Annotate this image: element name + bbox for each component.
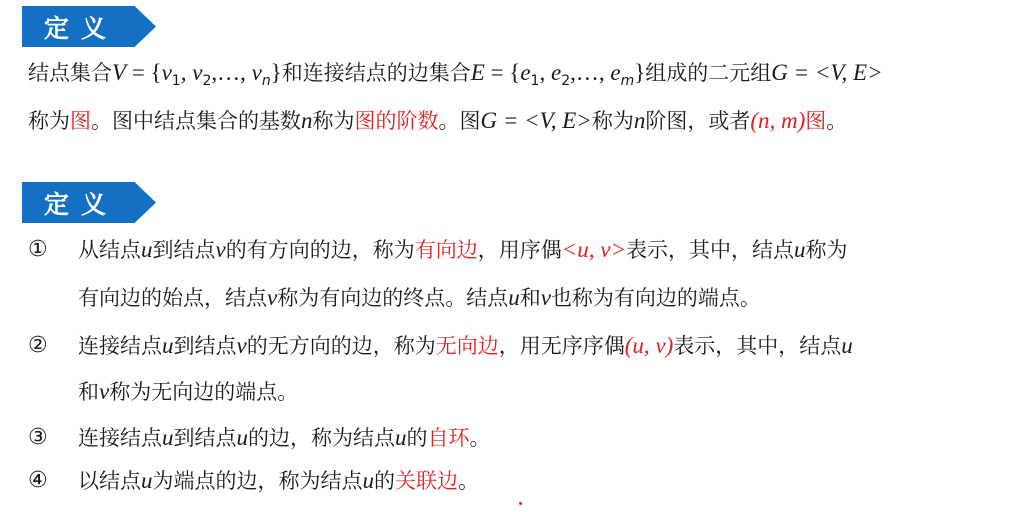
banner-label: 定义 xyxy=(44,9,118,45)
graph-definition-line-2: 称为图。图中结点集合的基数n称为图的阶数。图G = <V, E>称为n阶图，或者… xyxy=(28,106,847,136)
sub: m xyxy=(621,73,635,89)
pointer-dot-icon xyxy=(519,502,522,505)
math-e: e xyxy=(551,60,561,85)
text: 。图 xyxy=(439,109,481,133)
text: 和连接结点的边集合 xyxy=(282,61,471,85)
highlight-term: 自环 xyxy=(428,426,470,450)
text: 到结点 xyxy=(174,334,237,358)
item-3-line-1: 连接结点u到结点u的边，称为结点u的自环。 xyxy=(78,423,491,453)
math: } xyxy=(271,60,282,85)
math-v: v xyxy=(216,237,226,262)
highlight-math: <u, v> xyxy=(562,237,626,262)
sub: 2 xyxy=(561,73,570,89)
text: 表示，其中，结点 xyxy=(673,334,841,358)
math: = { xyxy=(126,60,162,85)
text: 到结点 xyxy=(153,238,216,262)
text: 阶图，或者 xyxy=(645,109,750,133)
math-n: n xyxy=(301,108,313,133)
text: 的 xyxy=(374,469,395,493)
highlight-term: 关联边 xyxy=(395,469,458,493)
text: ，用无序序偶 xyxy=(499,334,625,358)
highlight-math: (u, v) xyxy=(625,333,674,358)
text: 。 xyxy=(826,109,847,133)
item-marker-1: ① xyxy=(28,235,48,265)
item-marker-3: ③ xyxy=(28,423,48,453)
math-V: V xyxy=(112,60,126,85)
math: , xyxy=(181,60,193,85)
text: 的边，称为结点 xyxy=(248,426,395,450)
math-G: G xyxy=(481,108,498,133)
text: 称为 xyxy=(313,109,355,133)
math-u: u xyxy=(162,333,174,358)
highlight-term: 图 xyxy=(805,109,826,133)
definition-banner-1: 定义 xyxy=(22,6,156,47)
text: ，用序偶 xyxy=(478,238,562,262)
text: 和 xyxy=(520,286,541,310)
math-v: v xyxy=(99,379,109,404)
text: 以结点 xyxy=(78,469,141,493)
text: 从结点 xyxy=(78,238,141,262)
text: 称为无向边的端点。 xyxy=(109,380,298,404)
math: ,…, xyxy=(570,60,610,85)
math-e: e xyxy=(520,60,530,85)
math-u: u xyxy=(162,425,174,450)
math-v: v xyxy=(192,60,202,85)
item-marker-2: ② xyxy=(28,331,48,361)
text: 表示，其中，结点 xyxy=(626,238,794,262)
item-1-line-2: 有向边的始点，结点v称为有向边的终点。结点u和v也称为有向边的端点。 xyxy=(78,283,761,313)
math-u: u xyxy=(237,425,249,450)
text: 。 xyxy=(470,426,491,450)
sub: 1 xyxy=(172,73,181,89)
math-v: v xyxy=(541,285,551,310)
text: 和 xyxy=(78,380,99,404)
math-v: v xyxy=(237,333,247,358)
text: 为端点的边，称为结点 xyxy=(153,469,363,493)
text: 组成的二元组 xyxy=(645,61,771,85)
item-2-line-2: 和v称为无向边的端点。 xyxy=(78,377,298,407)
text: 有向边的始点，结点 xyxy=(78,286,267,310)
math-n: n xyxy=(634,108,646,133)
text: 称为 xyxy=(592,109,634,133)
highlight-math: (n, m) xyxy=(750,108,805,133)
text: 的有方向的边，称为 xyxy=(226,238,415,262)
text: 称为 xyxy=(805,238,847,262)
math-u: u xyxy=(363,468,375,493)
text: 的 xyxy=(407,426,428,450)
item-2-line-1: 连接结点u到结点v的无方向的边，称为无向边，用无序序偶(u, v)表示，其中，结… xyxy=(78,331,853,361)
math-E: E xyxy=(471,60,485,85)
math-u: u xyxy=(141,237,153,262)
text: 连接结点 xyxy=(78,334,162,358)
math: } xyxy=(634,60,645,85)
math-u: u xyxy=(141,468,153,493)
text: 连接结点 xyxy=(78,426,162,450)
highlight-term: 无向边 xyxy=(436,334,499,358)
math-u: u xyxy=(395,425,407,450)
item-marker-4: ④ xyxy=(28,466,48,496)
math-v: v xyxy=(162,60,172,85)
sub: n xyxy=(262,73,271,89)
math: , xyxy=(539,60,551,85)
highlight-term: 有向边 xyxy=(415,238,478,262)
math-u: u xyxy=(841,333,853,358)
text: 称为有向边的终点。结点 xyxy=(277,286,508,310)
math-v: v xyxy=(252,60,262,85)
math-tuple: = <V, E> xyxy=(497,108,592,133)
text: 的无方向的边，称为 xyxy=(247,334,436,358)
math-e: e xyxy=(610,60,620,85)
definition-banner-2: 定义 xyxy=(22,182,156,223)
text: 也称为有向边的端点。 xyxy=(551,286,761,310)
math-tuple: = <V, E> xyxy=(788,60,883,85)
text: 到结点 xyxy=(174,426,237,450)
math-u: u xyxy=(508,285,520,310)
text: 。 xyxy=(458,469,479,493)
text: 。图中结点集合的基数 xyxy=(91,109,301,133)
math-v: v xyxy=(267,285,277,310)
text: 称为 xyxy=(28,109,70,133)
item-4-line-1: 以结点u为端点的边，称为结点u的关联边。 xyxy=(78,466,479,496)
text: 结点集合 xyxy=(28,61,112,85)
math-u: u xyxy=(794,237,806,262)
math: = { xyxy=(485,60,521,85)
banner-label: 定义 xyxy=(44,185,118,221)
math-G: G xyxy=(771,60,788,85)
graph-definition-line-1: 结点集合V = {v1, v2,…, vn}和连接结点的边集合E = {e1, … xyxy=(28,58,883,96)
item-1-line-1: 从结点u到结点v的有方向的边，称为有向边，用序偶<u, v>表示，其中，结点u称… xyxy=(78,235,847,265)
highlight-term: 图的阶数 xyxy=(355,109,439,133)
math: ,…, xyxy=(211,60,251,85)
highlight-term: 图 xyxy=(70,109,91,133)
